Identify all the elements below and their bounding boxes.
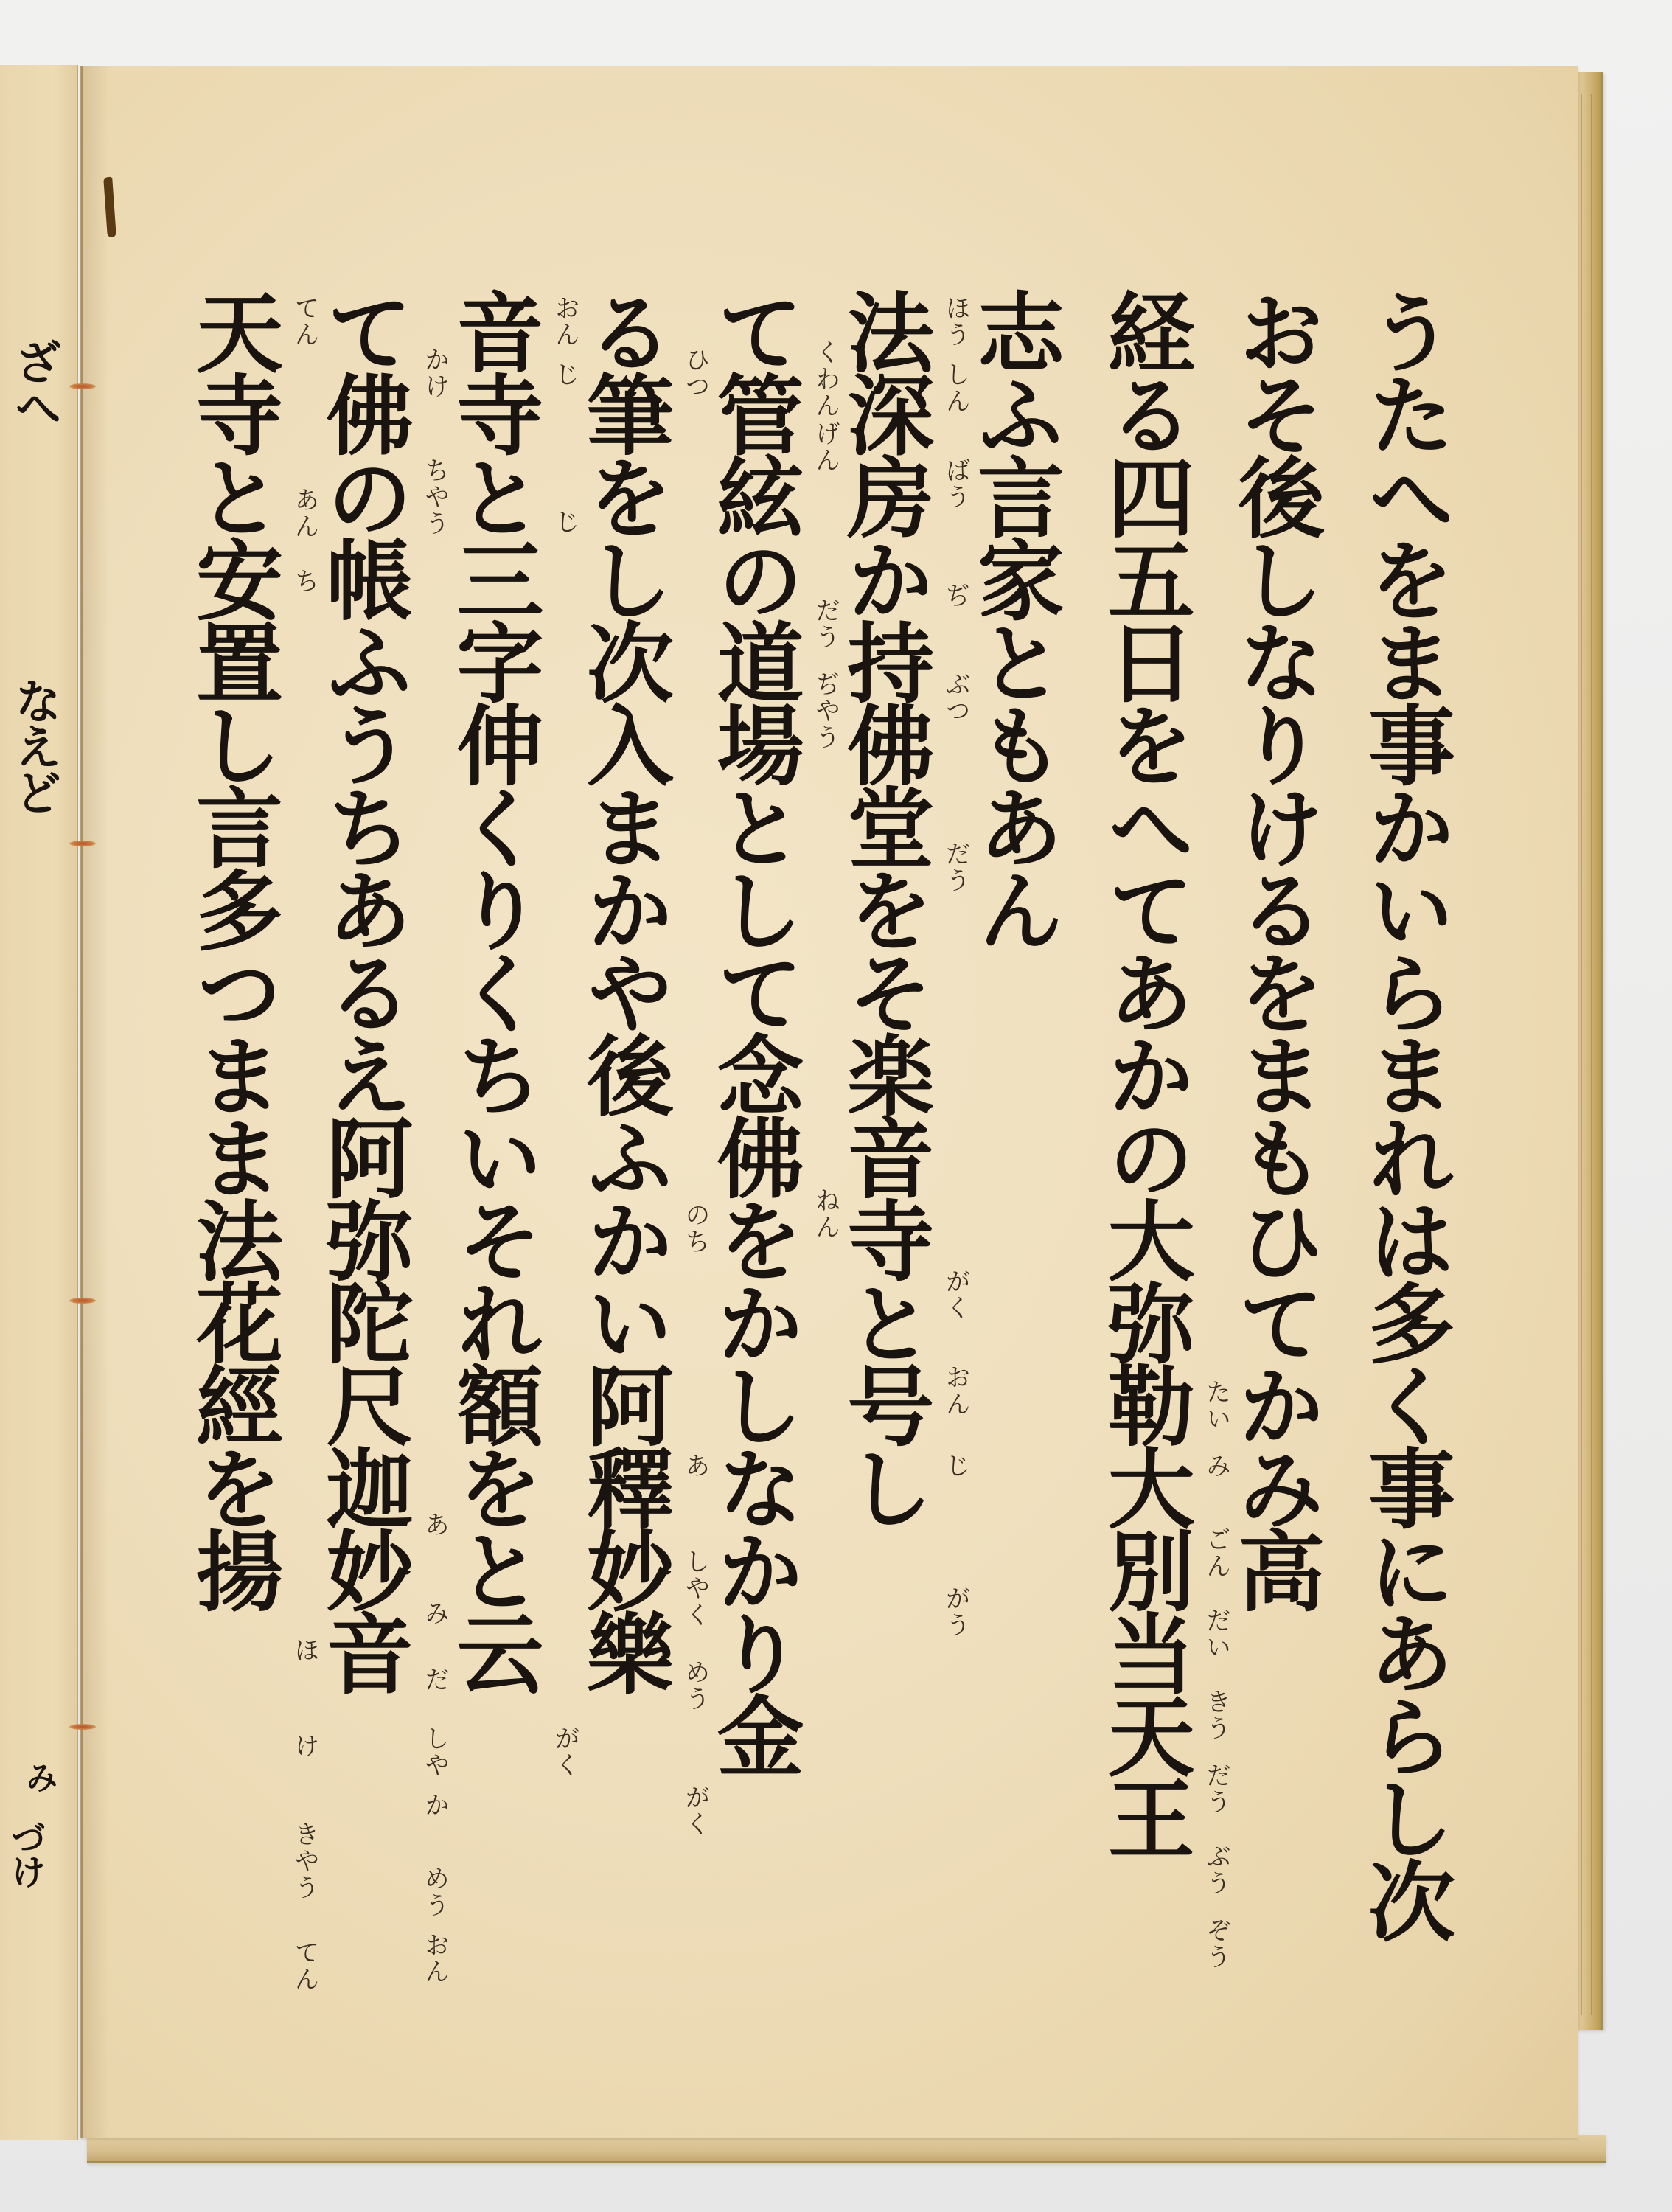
furigana-reading: あ	[677, 1453, 714, 1479]
furigana-reading: だう	[1199, 1762, 1235, 1815]
left-page-fragment: なえど	[0, 677, 68, 1060]
column-text: て佛の帳ふうちあるえ阿弥陀尺迦妙音	[307, 288, 418, 2028]
furigana-reading: がう	[938, 1585, 974, 1638]
furigana-reading: じ	[938, 1453, 974, 1479]
furigana-reading: げん	[808, 420, 844, 473]
bottom-page-stack	[87, 2135, 1606, 2163]
furigana-reading: がく	[677, 1784, 714, 1837]
text-column-5: 法深房か持佛堂をそ楽音寺と号し ほうしんばうぢぶつだうがくおんじがう	[828, 288, 938, 2028]
gutter-shadow	[80, 66, 109, 2138]
left-page-fragment: づけ	[0, 1820, 51, 1952]
furigana-reading: だい	[1199, 1607, 1235, 1660]
furigana-reading: ねん	[808, 1187, 844, 1240]
furigana-reading: じ	[547, 509, 583, 535]
text-column-2: おそ後しなりけるをまもひてかみ高	[1219, 288, 1329, 2028]
text-column-9: て佛の帳ふうちあるえ阿弥陀尺迦妙音 かけちやうあみだしやかめうおん	[307, 288, 418, 2028]
column-text: 経る四五日をへてあかの大弥勒大別当天王	[1089, 288, 1199, 2028]
column-text: る筆をし次入まかや後ふかい阿釋妙樂	[568, 288, 678, 2028]
furigana-reading: くわん	[808, 339, 844, 419]
furigana-reading: てん	[287, 1939, 323, 1992]
text-column-6: て管絃の道場として念佛をかしなかり金 くわんげんだうぢやうねん	[698, 288, 809, 2028]
binding-thread-hole	[69, 1298, 96, 1304]
furigana-reading: ぢやう	[808, 671, 844, 751]
furigana-reading: しん	[938, 361, 974, 414]
text-column-7: る筆をし次入まかや後ふかい阿釋妙樂 ひつのちあしやくめうがく	[568, 288, 678, 2028]
left-facing-page: ざへ なえど み づけ	[0, 65, 78, 2140]
text-columns: うたへをま事かいらまれは多く事にあらし次 おそ後しなりけるをまもひてかみ高 経る…	[177, 288, 1460, 2028]
furigana-reading: ばう	[938, 457, 974, 510]
furigana-reading: ひつ	[677, 347, 714, 400]
furigana-reading: しや	[417, 1725, 453, 1778]
furigana-reading: おん	[417, 1932, 453, 1985]
furigana-reading: ち	[287, 568, 323, 594]
furigana-reading: かけ	[417, 347, 453, 400]
furigana-reading: ちやう	[417, 457, 453, 537]
text-column-3: 経る四五日をへてあかの大弥勒大別当天王 たいみごんだいきうだうぶうぞう	[1089, 288, 1199, 2028]
furigana-reading: きう	[1199, 1688, 1235, 1742]
text-column-4: 志ふ言家ともあん	[958, 288, 1069, 2028]
furigana-reading: めう	[677, 1659, 714, 1712]
text-column-8: 音寺と三字伸くりくちいそれ額をと云 おんじじがく	[437, 288, 548, 2028]
binding-thread-hole	[69, 1724, 96, 1730]
furigana-reading: のち	[677, 1202, 714, 1255]
furigana-reading: ぞう	[1199, 1917, 1235, 1970]
binding-thread-hole	[69, 383, 96, 389]
furigana-reading: おん	[547, 295, 583, 348]
furigana-reading: がく	[938, 1268, 974, 1321]
column-text: 音寺と三字伸くりくちいそれ額をと云	[437, 288, 548, 2028]
text-column-1: うたへをま事かいらまれは多く事にあらし次	[1349, 288, 1460, 2028]
furigana-reading: あん	[287, 487, 323, 540]
furigana-reading: ぢ	[938, 582, 974, 609]
furigana-reading: あ	[417, 1512, 453, 1538]
furigana-reading: がく	[547, 1725, 583, 1778]
furigana-reading: ほ	[287, 1637, 323, 1663]
binding-fold	[81, 66, 83, 2138]
furigana-reading: めう	[417, 1865, 453, 1919]
furigana-reading: じ	[547, 361, 583, 388]
furigana-reading: たい	[1199, 1379, 1235, 1432]
column-text: て管絃の道場として念佛をかしなかり金	[698, 288, 809, 2028]
column-text: おそ後しなりけるをまもひてかみ高	[1219, 288, 1329, 2028]
text-column-10: 天寺と安置し言多つまま法花經を揚 てんあんちほけきやうてん	[177, 288, 288, 2028]
furigana-reading: だ	[417, 1666, 453, 1693]
column-text: 法深房か持佛堂をそ楽音寺と号し	[828, 288, 938, 2028]
furigana-reading: だう	[808, 597, 844, 650]
furigana-reading: おん	[938, 1364, 974, 1417]
furigana-reading: か	[417, 1792, 453, 1818]
column-text: 天寺と安置し言多つまま法花經を揚	[177, 288, 288, 2028]
furigana-reading: てん	[287, 295, 323, 348]
furigana-reading: け	[287, 1733, 323, 1759]
furigana-reading: ごん	[1199, 1526, 1235, 1579]
column-text: うたへをま事かいらまれは多く事にあらし次	[1349, 288, 1460, 2028]
left-page-fragment: ざへ	[0, 338, 68, 515]
furigana-reading: きやう	[287, 1821, 323, 1901]
column-text: 志ふ言家ともあん	[958, 288, 1069, 2028]
furigana-reading: み	[1199, 1453, 1235, 1479]
furigana-reading: だう	[938, 841, 974, 894]
furigana-reading: み	[417, 1600, 453, 1627]
furigana-reading: しやく	[677, 1548, 714, 1628]
furigana-reading: ぶつ	[938, 671, 974, 724]
furigana-reading: ぶう	[1199, 1843, 1235, 1896]
furigana-reading: ほう	[938, 295, 974, 348]
binding-thread-hole	[69, 841, 96, 846]
